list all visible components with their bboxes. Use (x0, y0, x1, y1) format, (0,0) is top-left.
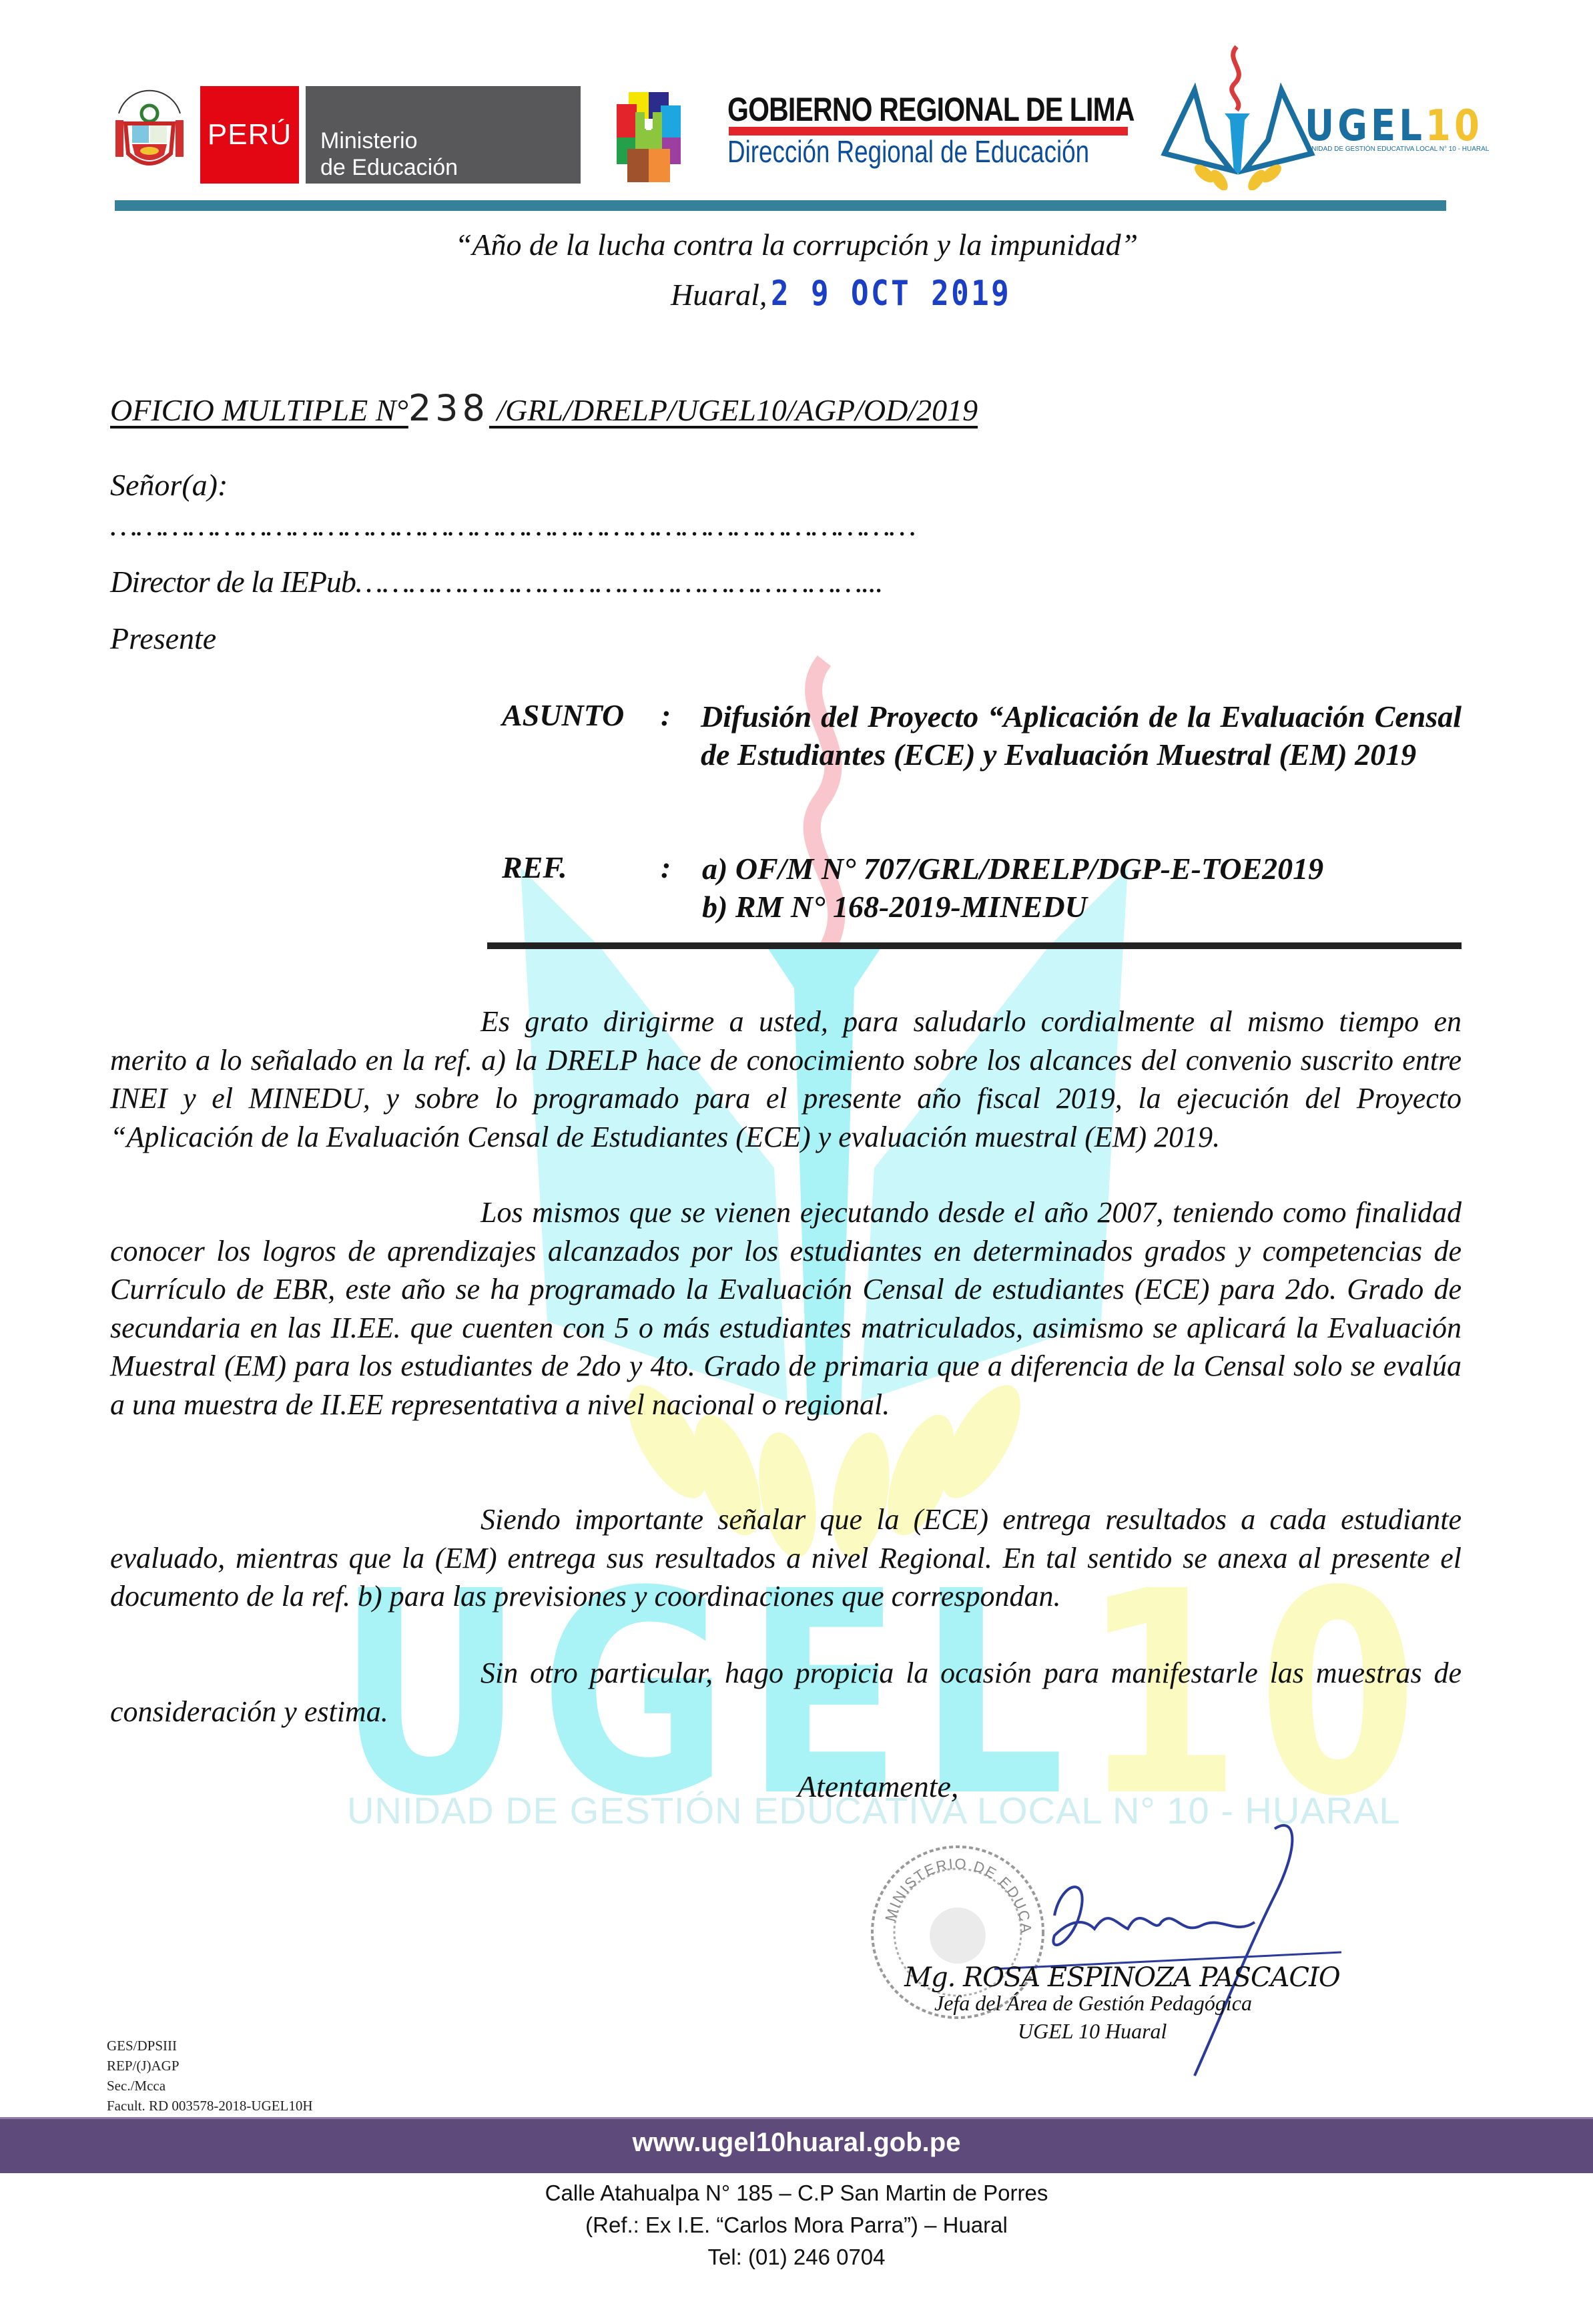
paragraph-1: Es grato dirigirme a usted, para saludar… (110, 1002, 1462, 1156)
closing: Atentamente, (798, 1769, 958, 1804)
presente: Presente (110, 621, 216, 656)
asunto-label: ASUNTO (502, 697, 624, 733)
watermark-torch-book-icon (0, 0, 1593, 2324)
asunto-text: Difusión del Proyecto “Aplicación de la … (701, 697, 1462, 774)
address-line-2: (Ref.: Ex I.E. “Carlos Mora Parra”) – Hu… (0, 2209, 1593, 2241)
asunto-colon: : (661, 697, 671, 733)
date-stamp: 2 9 OCT 2019 (771, 274, 1011, 314)
recipient-name-blank: ………………………………………………………………………………… (110, 507, 915, 543)
initials-line: GES/DPSIII (107, 2036, 313, 2056)
footer-address: Calle Atahualpa N° 185 – C.P San Martin … (0, 2177, 1593, 2273)
ugel10-wordmark: UGEL10 (1305, 101, 1483, 151)
ugel-watermark: UGEL10 UNIDAD DE GESTIÓN EDUCATIVA LOCAL… (0, 0, 1593, 2324)
peru-brand-block: PERÚ (200, 86, 299, 184)
place: Huaral, (671, 278, 767, 312)
signer-organization: UGEL 10 Huaral (1018, 2019, 1167, 2044)
paragraph-3: Siendo importante señalar que la (ECE) e… (110, 1500, 1462, 1616)
initials-line: Sec./Mcca (107, 2076, 313, 2096)
oficio-prefix: OFICIO MULTIPLE N° (110, 393, 408, 427)
year-motto: “Año de la lucha contra la corrupción y … (0, 227, 1593, 262)
ugel-tagline: UNIDAD DE GESTIÓN EDUCATIVA LOCAL N° 10 … (1307, 146, 1489, 153)
peru-coat-of-arms-icon (112, 87, 187, 177)
ref-a: a) OF/M N° 707/GRL/DRELP/DGP-E-TOE2019 (702, 850, 1323, 888)
subject-divider (487, 942, 1462, 949)
footer-website: www.ugel10huaral.gob.pe (0, 2128, 1593, 2158)
recipient-director-line: Director de la IEPub………………………………………………….… (110, 564, 883, 599)
ministry-line2: de Educación (320, 154, 581, 181)
ref-label: REF. (502, 850, 567, 885)
regional-government-mark-icon (615, 85, 682, 184)
reference-initials: GES/DPSIII REP/(J)AGP Sec./Mcca Facult. … (107, 2036, 313, 2116)
ministry-line1: Ministerio (320, 127, 581, 154)
regional-education-subtitle: Dirección Regional de Educación (727, 133, 1089, 170)
signer-role: Jefa del Área de Gestión Pedagógica (934, 1991, 1252, 2016)
salutation: Señor(a): (110, 467, 228, 503)
address-line-1: Calle Atahualpa N° 185 – C.P San Martin … (0, 2177, 1593, 2209)
paragraph-2: Los mismos que se vienen ejecutando desd… (110, 1193, 1462, 1424)
ministry-brand-block: Ministerio de Educación (306, 86, 581, 184)
ref-b: b) RM N° 168-2019-MINEDU (702, 888, 1323, 926)
paragraph-4: Sin otro particular, hago propicia la oc… (110, 1654, 1462, 1731)
signer-name: Mg. ROSA ESPINOZA PASCACIO (904, 1962, 1340, 1993)
regional-government-title: GOBIERNO REGIONAL DE LIMA (727, 90, 1135, 129)
ref-colon: : (661, 850, 671, 885)
ref-list: a) OF/M N° 707/GRL/DRELP/DGP-E-TOE2019 b… (702, 850, 1323, 926)
initials-line: Facult. RD 003578-2018-UGEL10H (107, 2096, 313, 2116)
header-divider (115, 200, 1446, 211)
footer-phone: Tel: (01) 246 0704 (0, 2241, 1593, 2273)
initials-line: REP/(J)AGP (107, 2056, 313, 2076)
oficio-number: 238 (408, 387, 489, 429)
place-and-date: Huaral,2 9 OCT 2019 (671, 274, 1054, 314)
oficio-reference: OFICIO MULTIPLE N°238 /GRL/DRELP/UGEL10/… (110, 387, 978, 429)
oficio-suffix: /GRL/DRELP/UGEL10/AGP/OD/2019 (489, 393, 978, 427)
ugel-torch-book-icon (1158, 40, 1318, 190)
